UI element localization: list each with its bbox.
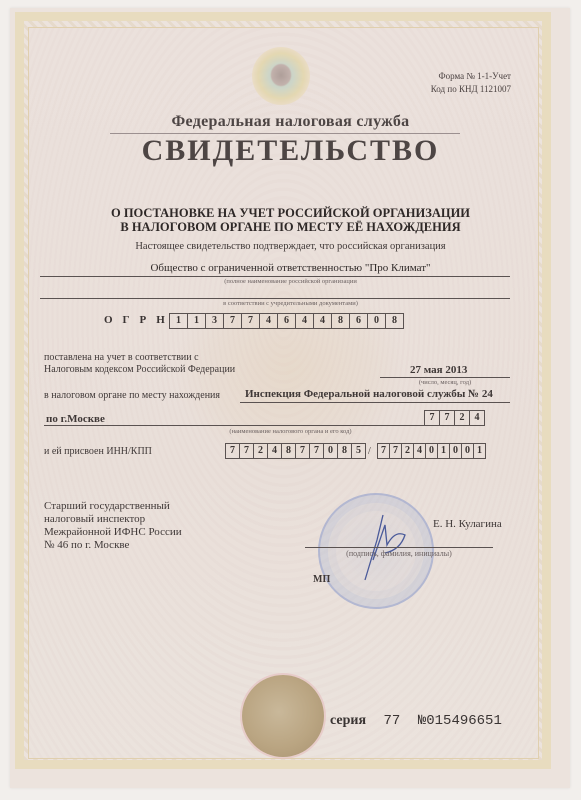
digit-box: 7: [296, 444, 310, 458]
position-line-1: Старший государственный: [44, 500, 182, 513]
digit-box: 7: [242, 314, 260, 328]
ogrn-label: ОГРН: [104, 314, 175, 326]
digit-box: 7: [390, 444, 402, 458]
gold-seal-icon: [242, 675, 324, 757]
digit-box: 3: [206, 314, 224, 328]
document-title: СВИДЕТЕЛЬСТВО: [0, 134, 581, 168]
authority-city: по г.Москве: [46, 413, 105, 425]
org-name-hint-2: в соответствии с учредительными документ…: [0, 300, 581, 307]
digit-box: 8: [386, 314, 403, 328]
digit-box: 4: [268, 444, 282, 458]
digit-box: 0: [324, 444, 338, 458]
registration-date: 27 мая 2013: [410, 364, 467, 376]
authority-label: в налоговом органе по месту нахождения: [44, 390, 220, 402]
digit-box: 7: [240, 444, 254, 458]
digit-box: 2: [254, 444, 268, 458]
position-line-3: Межрайонной ИФНС России: [44, 526, 182, 539]
registration-text-1: поставлена на учет в соответствии с: [44, 352, 235, 364]
inn-kpp-label: и ей присвоен ИНН/КПП: [44, 446, 152, 458]
date-line: [380, 377, 510, 378]
authority-name: Инспекция Федеральной налоговой службы №…: [245, 388, 493, 400]
subtitle-line-1: О ПОСТАНОВКЕ НА УЧЕТ РОССИЙСКОЙ ОРГАНИЗА…: [0, 206, 581, 220]
signatory-name: Е. Н. Кулагина: [433, 518, 502, 530]
digit-box: 4: [414, 444, 426, 458]
serial-label: серия: [330, 713, 366, 728]
form-number: Форма № 1-1-Учет: [431, 70, 511, 83]
authority-code-boxes: 7724: [424, 410, 485, 426]
digit-box: 8: [338, 444, 352, 458]
digit-box: 7: [440, 411, 455, 425]
digit-box: 1: [474, 444, 485, 458]
hologram-emblem-icon: [252, 47, 310, 105]
subtitle-line-2: В НАЛОГОВОМ ОРГАНЕ ПО МЕСТУ ЕЁ НАХОЖДЕНИ…: [0, 220, 581, 234]
org-name-hint-1: (полное наименование российской организа…: [0, 278, 581, 285]
digit-box: 4: [260, 314, 278, 328]
authority-hint: (наименование налогового органа и его ко…: [0, 428, 581, 435]
registration-text: поставлена на учет в соответствии с Нало…: [44, 352, 235, 376]
digit-box: 4: [296, 314, 314, 328]
authority-line: [240, 402, 510, 403]
date-hint: (число, месяц, год): [380, 379, 510, 386]
confirm-text: Настоящее свидетельство подтверждает, чт…: [0, 241, 581, 252]
inn-digit-boxes: 7724877085: [225, 443, 366, 459]
digit-box: 5: [352, 444, 365, 458]
digit-box: 0: [462, 444, 474, 458]
digit-box: 4: [314, 314, 332, 328]
digit-box: 2: [402, 444, 414, 458]
service-name: Федеральная налоговая служба: [0, 113, 581, 131]
org-name-line: [40, 276, 510, 277]
org-name-line-2: [40, 298, 510, 299]
knd-code: Код по КНД 1121007: [431, 83, 511, 96]
inn-kpp-separator: /: [368, 446, 371, 458]
organization-name: Общество с ограниченной ответственностью…: [0, 262, 581, 274]
signature-icon: [355, 505, 415, 585]
digit-box: 4: [470, 411, 484, 425]
position-line-4: № 46 по г. Москве: [44, 539, 182, 552]
signature-line: [305, 547, 493, 548]
registration-text-2: Налоговым кодексом Российской Федерации: [44, 364, 235, 376]
serial-series: 77: [384, 713, 401, 729]
digit-box: 0: [450, 444, 462, 458]
serial-number: серия 77 №015496651: [330, 713, 502, 729]
digit-box: 7: [226, 444, 240, 458]
digit-box: 8: [332, 314, 350, 328]
document-subtitle: О ПОСТАНОВКЕ НА УЧЕТ РОССИЙСКОЙ ОРГАНИЗА…: [0, 206, 581, 234]
digit-box: 8: [282, 444, 296, 458]
digit-box: 1: [170, 314, 188, 328]
position-line-2: налоговый инспектор: [44, 513, 182, 526]
form-number-block: Форма № 1-1-Учет Код по КНД 1121007: [431, 70, 511, 96]
digit-box: 0: [368, 314, 386, 328]
digit-box: 7: [310, 444, 324, 458]
digit-box: 7: [378, 444, 390, 458]
digit-box: 6: [350, 314, 368, 328]
ogrn-digit-boxes: 1137746448608: [169, 313, 404, 329]
city-line: [44, 425, 464, 426]
digit-box: 0: [426, 444, 438, 458]
signatory-position: Старший государственный налоговый инспек…: [44, 500, 182, 552]
stamp-place-label: МП: [313, 574, 330, 586]
digit-box: 7: [224, 314, 242, 328]
kpp-digit-boxes: 772401001: [377, 443, 486, 459]
serial-number-value: №015496651: [418, 713, 502, 729]
signature-hint: (подпись, фамилия, инициалы): [305, 549, 493, 558]
digit-box: 7: [425, 411, 440, 425]
digit-box: 1: [438, 444, 450, 458]
eagle-icon: [270, 63, 292, 87]
digit-box: 1: [188, 314, 206, 328]
digit-box: 2: [455, 411, 470, 425]
digit-box: 6: [278, 314, 296, 328]
